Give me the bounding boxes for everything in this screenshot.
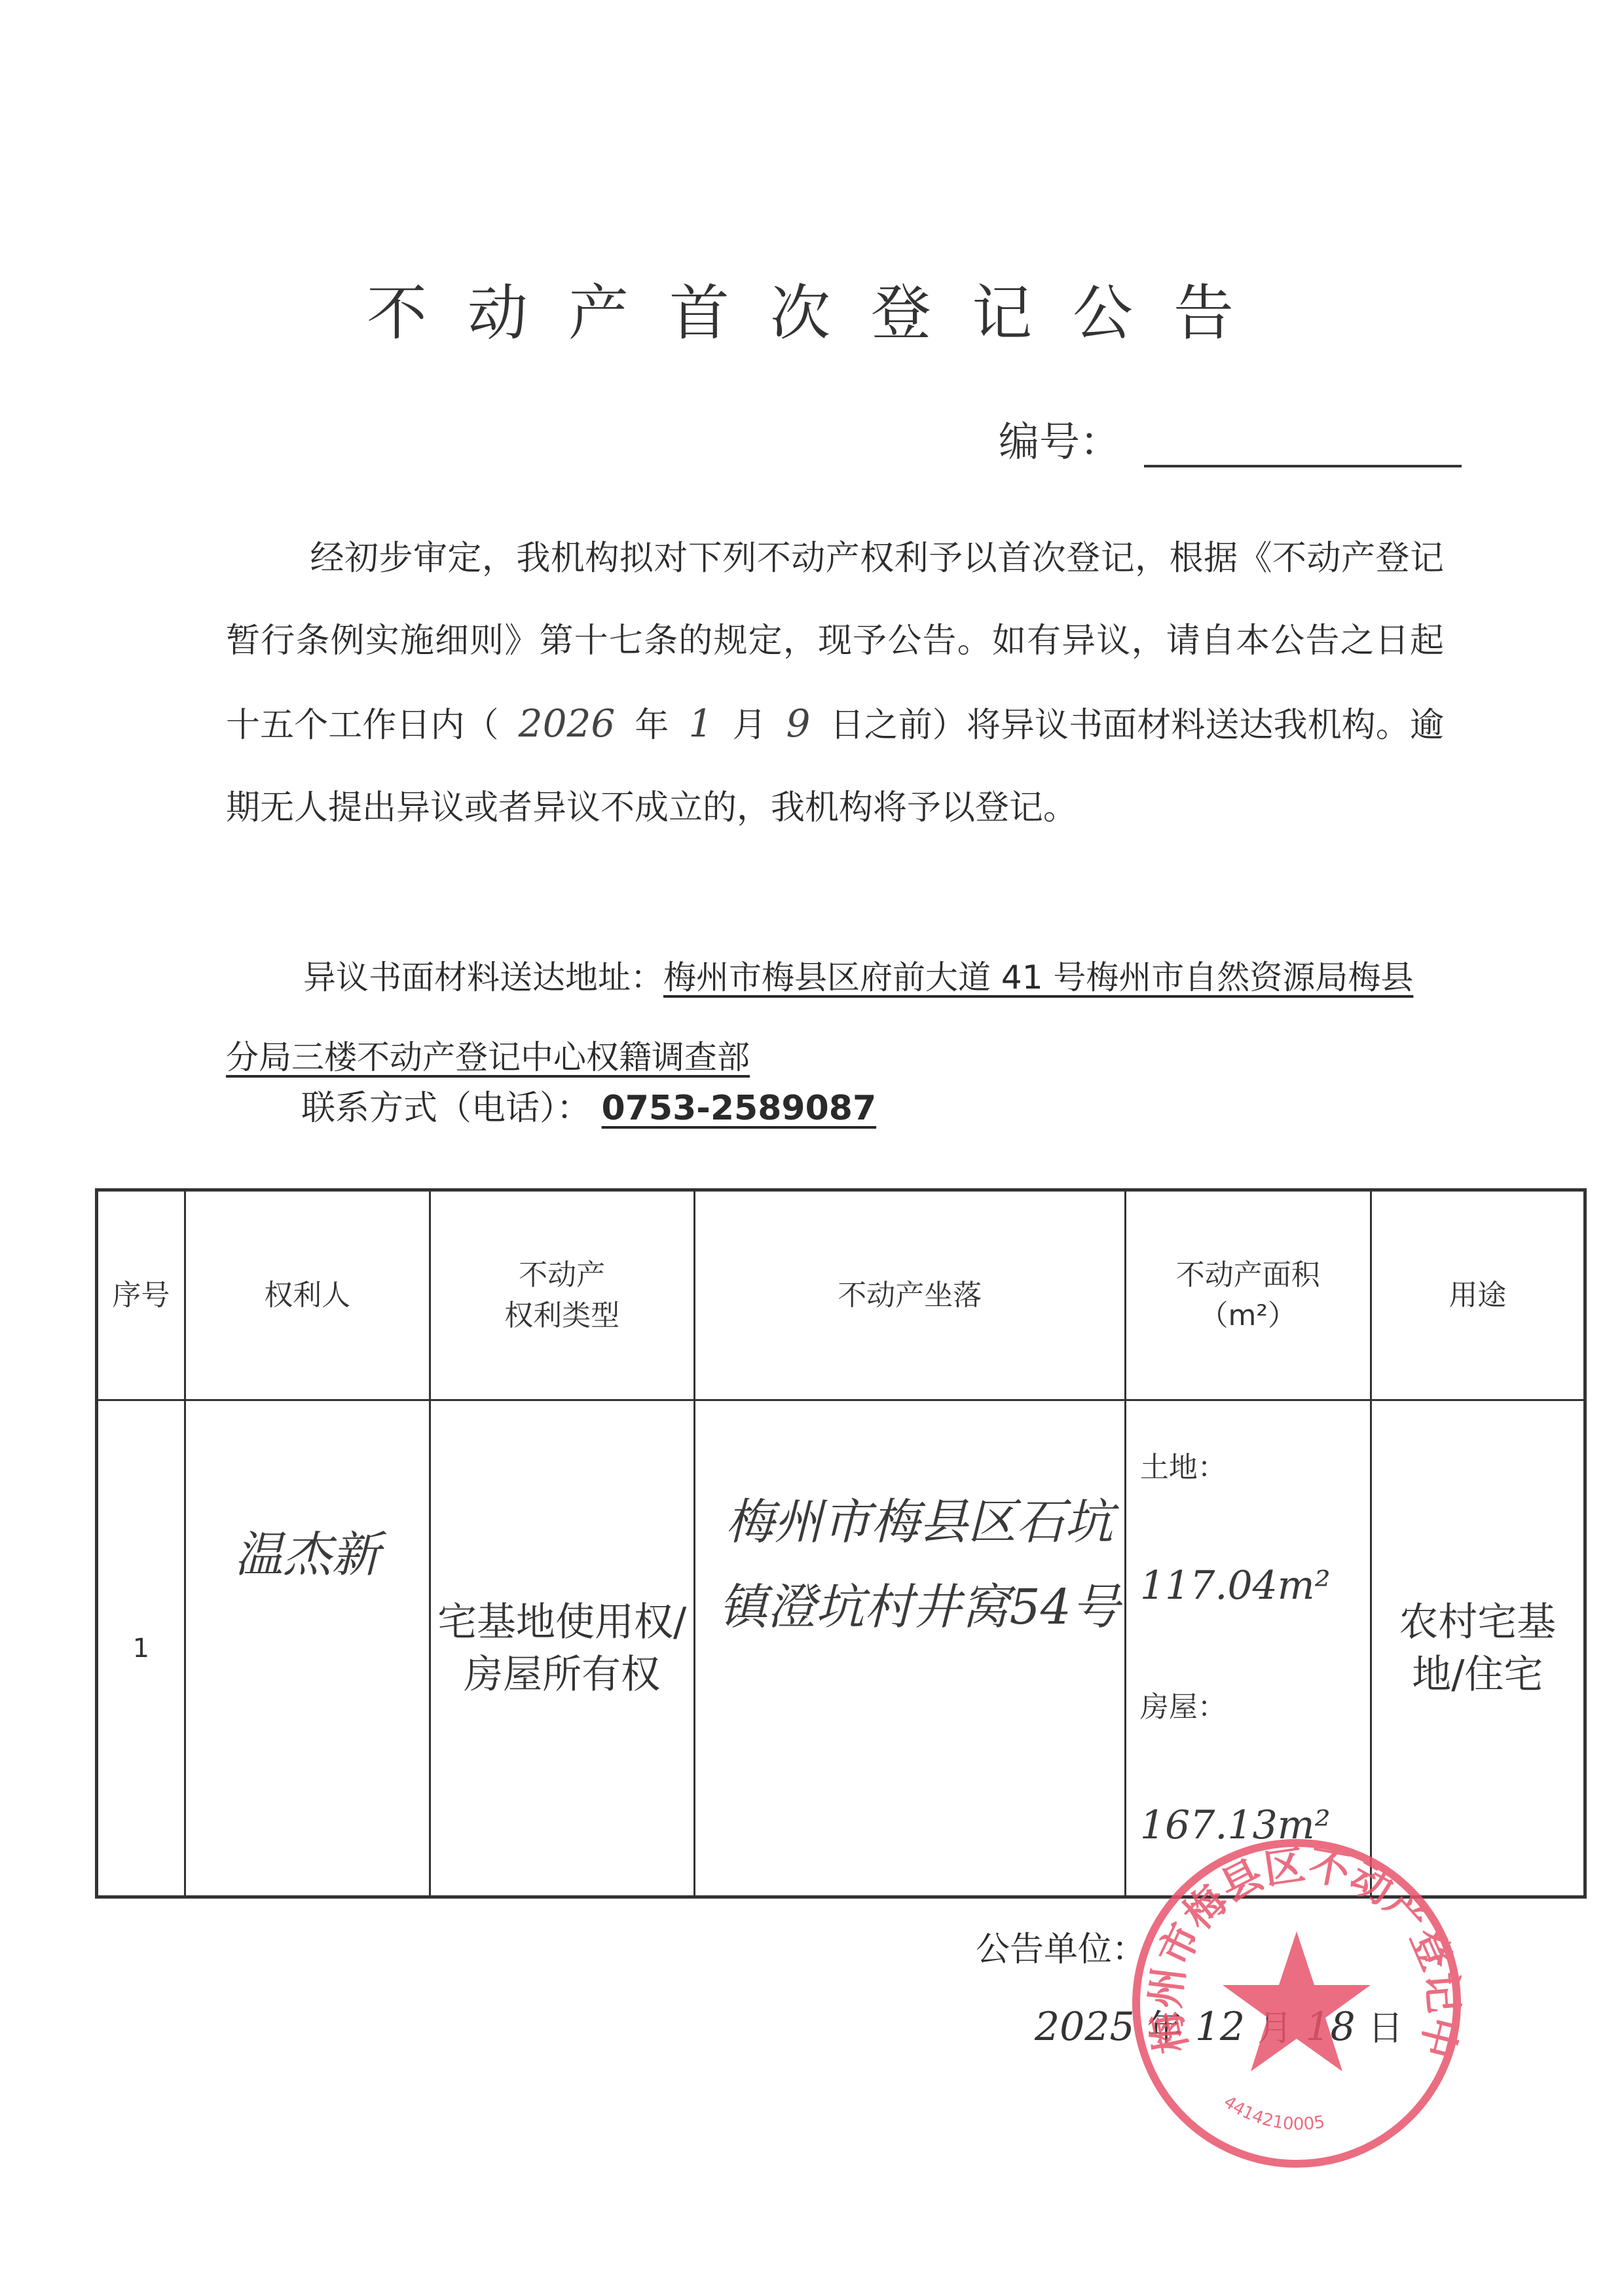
header-location: 不动产坐落: [694, 1190, 1125, 1400]
registration-table: 序号 权利人 不动产 权利类型 不动产坐落 不动产面积 （m²） 用途 1 温杰…: [95, 1188, 1587, 1899]
svg-text:4414210005: 4414210005: [1220, 2092, 1326, 2134]
issuing-unit: 公告单位：: [976, 1922, 1146, 1971]
objection-address: 异议书面材料送达地址：梅州市梅县区府前大道 41 号梅州市自然资源局梅县分局三楼…: [226, 938, 1444, 1097]
issue-date: 2025 年 12 月 18 日: [1035, 2000, 1403, 2050]
land-area: 土地：117.04m²: [1127, 1409, 1369, 1649]
issue-month: 12: [1195, 2004, 1245, 2050]
issue-year-unit: 年: [1147, 2007, 1183, 2049]
house-area-label: 房屋：: [1140, 1690, 1227, 1724]
cell-location: 梅州市梅县区石坑镇澄坑村井窝54号: [694, 1400, 1125, 1897]
document-number: 编号：: [999, 409, 1462, 467]
land-area-value: 117.04m²: [1140, 1563, 1331, 1609]
issue-day-unit: 日: [1368, 2007, 1403, 2049]
table-row: 1 温杰新 宅基地使用权/房屋所有权 梅州市梅县区石坑镇澄坑村井窝54号 土地：…: [97, 1400, 1585, 1897]
header-holder: 权利人: [185, 1190, 430, 1400]
deadline-year: 2026: [499, 682, 635, 765]
seal-code: 4414210005: [1220, 2092, 1326, 2134]
announcement-paragraph: 经初步审定，我机构拟对下列不动产权利予以首次登记，根据《不动产登记暂行条例实施细…: [226, 517, 1444, 849]
header-area-line2: （m²）: [1127, 1296, 1369, 1336]
cell-usage: 农村宅基地/住宅: [1371, 1400, 1585, 1897]
contact-phone: 联系方式（电话）： 0753-2589087: [301, 1080, 876, 1129]
cell-area: 土地：117.04m² 房屋：167.13m²: [1125, 1400, 1371, 1897]
issue-month-unit: 月: [1257, 2007, 1293, 2049]
document-number-blank: [1144, 422, 1462, 467]
phone-label: 联系方式（电话）：: [301, 1089, 591, 1128]
deadline-day: 9: [767, 682, 830, 765]
header-right-type: 不动产 权利类型: [430, 1190, 694, 1400]
header-right-type-line1: 不动产: [432, 1255, 693, 1296]
phone-value: 0753-2589087: [602, 1089, 877, 1128]
issuing-unit-label: 公告单位：: [976, 1930, 1146, 1969]
year-unit: 年: [635, 706, 669, 745]
header-seq: 序号: [97, 1190, 185, 1400]
house-area: 房屋：167.13m²: [1127, 1649, 1369, 1888]
header-area: 不动产面积 （m²）: [1125, 1190, 1371, 1400]
house-area-value: 167.13m²: [1140, 1802, 1331, 1848]
deadline-month: 1: [669, 682, 732, 765]
cell-seq: 1: [97, 1400, 185, 1897]
header-right-type-line2: 权利类型: [432, 1296, 693, 1336]
issue-year: 2025: [1035, 2004, 1135, 2050]
cell-holder: 温杰新: [185, 1400, 430, 1897]
document-number-label: 编号：: [999, 409, 1120, 467]
address-label: 异议书面材料送达地址：: [303, 958, 663, 996]
issue-day: 18: [1305, 2004, 1355, 2050]
header-usage: 用途: [1371, 1190, 1585, 1400]
page-title: 不动产首次登记公告: [367, 265, 1257, 352]
table-header-row: 序号 权利人 不动产 权利类型 不动产坐落 不动产面积 （m²） 用途: [97, 1190, 1585, 1400]
month-unit: 月: [732, 706, 766, 745]
cell-right-type: 宅基地使用权/房屋所有权: [430, 1400, 694, 1897]
header-area-line1: 不动产面积: [1127, 1255, 1369, 1296]
land-area-label: 土地：: [1140, 1451, 1227, 1484]
